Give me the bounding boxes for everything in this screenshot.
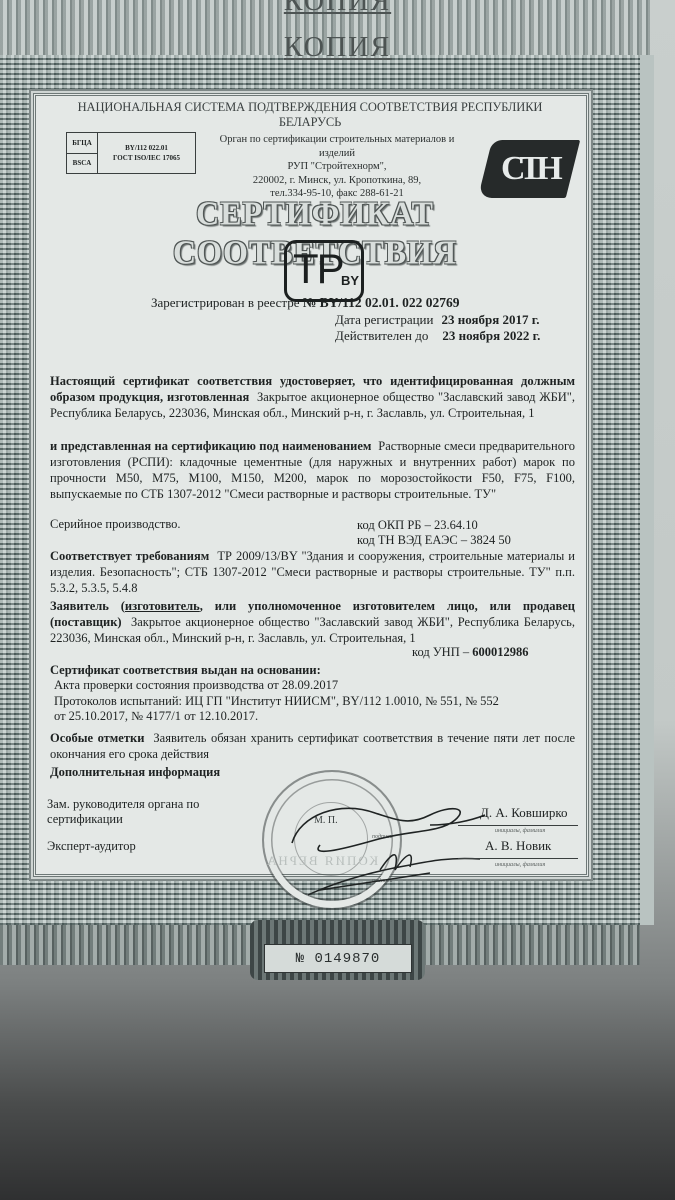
deputy-name-rule — [458, 825, 578, 826]
production-type: Серийное производство. — [50, 516, 250, 532]
deputy-label: Зам. руководителя органа по сертификации — [47, 797, 199, 827]
copy-stamp-top: КОПИЯ — [0, 0, 675, 18]
registration-date-row: Дата регистрации23 ноября 2017 г. — [335, 312, 539, 328]
signature-caption: подпись — [372, 834, 392, 840]
copy-stamp-second: КОПИЯ — [0, 32, 675, 64]
registry-line: Зарегистрирован в реестре № BY/112 02.01… — [151, 295, 460, 311]
valid-until-row: Действителен до23 ноября 2022 г. — [335, 328, 540, 344]
deputy-name: Д. А. Ковширко — [480, 805, 568, 821]
expert-label: Эксперт-аудитор — [47, 839, 136, 854]
basis-line: Акта проверки состояния производства от … — [54, 677, 579, 693]
expert-name-rule — [458, 858, 578, 859]
accreditation-number: BY/112 022.01 — [125, 143, 168, 153]
faded-copy-stamp: КОПИЯ ВЕРНА — [265, 853, 378, 869]
okp-code: код ОКП РБ – 23.64.10 — [357, 518, 478, 533]
applicant-text: Закрытое акционерное общество "Заславски… — [50, 615, 575, 645]
certifies-paragraph: Настоящий сертификат соответствия удосто… — [50, 373, 575, 421]
expert-caption: инициалы, фамилия — [495, 862, 545, 868]
deputy-caption: инициалы, фамилия — [495, 828, 545, 834]
registration-date: 23 ноября 2017 г. — [441, 312, 539, 327]
accreditation-standard: ГОСТ ISO/IEC 17065 — [113, 153, 180, 163]
registry-label: Зарегистрирован в реестре — [151, 295, 299, 310]
special-notes-paragraph: Особые отметки Заявитель обязан хранить … — [50, 730, 575, 762]
product-paragraph: и представленная на сертификацию под наи… — [50, 438, 575, 502]
expert-name: А. В. Новик — [485, 838, 551, 854]
unp-code-row: код УНП – 600012986 — [412, 645, 528, 660]
stroytekhnorm-logo-icon: СТН — [478, 140, 580, 198]
basis-line: Протоколов испытаний: ИЦ ГП "Институт НИ… — [54, 693, 579, 709]
applicant-paragraph: Заявитель (изготовитель, или уполномочен… — [50, 598, 575, 646]
national-system-heading: НАЦИОНАЛЬНАЯ СИСТЕМА ПОДТВЕРЖДЕНИЯ СООТВ… — [45, 100, 575, 130]
valid-until-date: 23 ноября 2022 г. — [442, 328, 540, 343]
accreditation-label-bsca: BSCA — [67, 154, 97, 174]
signature-caption: подпись — [372, 878, 392, 884]
accreditation-box: БГЦА BSCA BY/112 022.01 ГОСТ ISO/IEC 170… — [66, 132, 196, 174]
seal-mp-label: М. П. — [314, 815, 338, 826]
basis-line: от 25.10.2017, № 4177/1 от 12.10.2017. — [54, 708, 579, 724]
complies-paragraph: Соответствует требованиям ТР 2009/13/BY … — [50, 548, 575, 596]
registry-number: № BY/112 02.01. 022 02769 — [303, 295, 460, 310]
official-round-seal-icon: М. П. — [262, 770, 402, 910]
tn-ved-code: код ТН ВЭД ЕАЭС – 3824 50 — [357, 533, 511, 548]
accreditation-label-bgca: БГЦА — [67, 133, 97, 154]
certification-body-info: Орган по сертификации строительных матер… — [196, 133, 478, 201]
basis-heading: Сертификат соответствия выдан на основан… — [50, 662, 575, 678]
tr-by-conformity-mark-icon: TP BY — [284, 240, 364, 302]
unp-code: 600012986 — [472, 645, 528, 659]
form-serial-number: № 0149870 — [264, 944, 412, 973]
